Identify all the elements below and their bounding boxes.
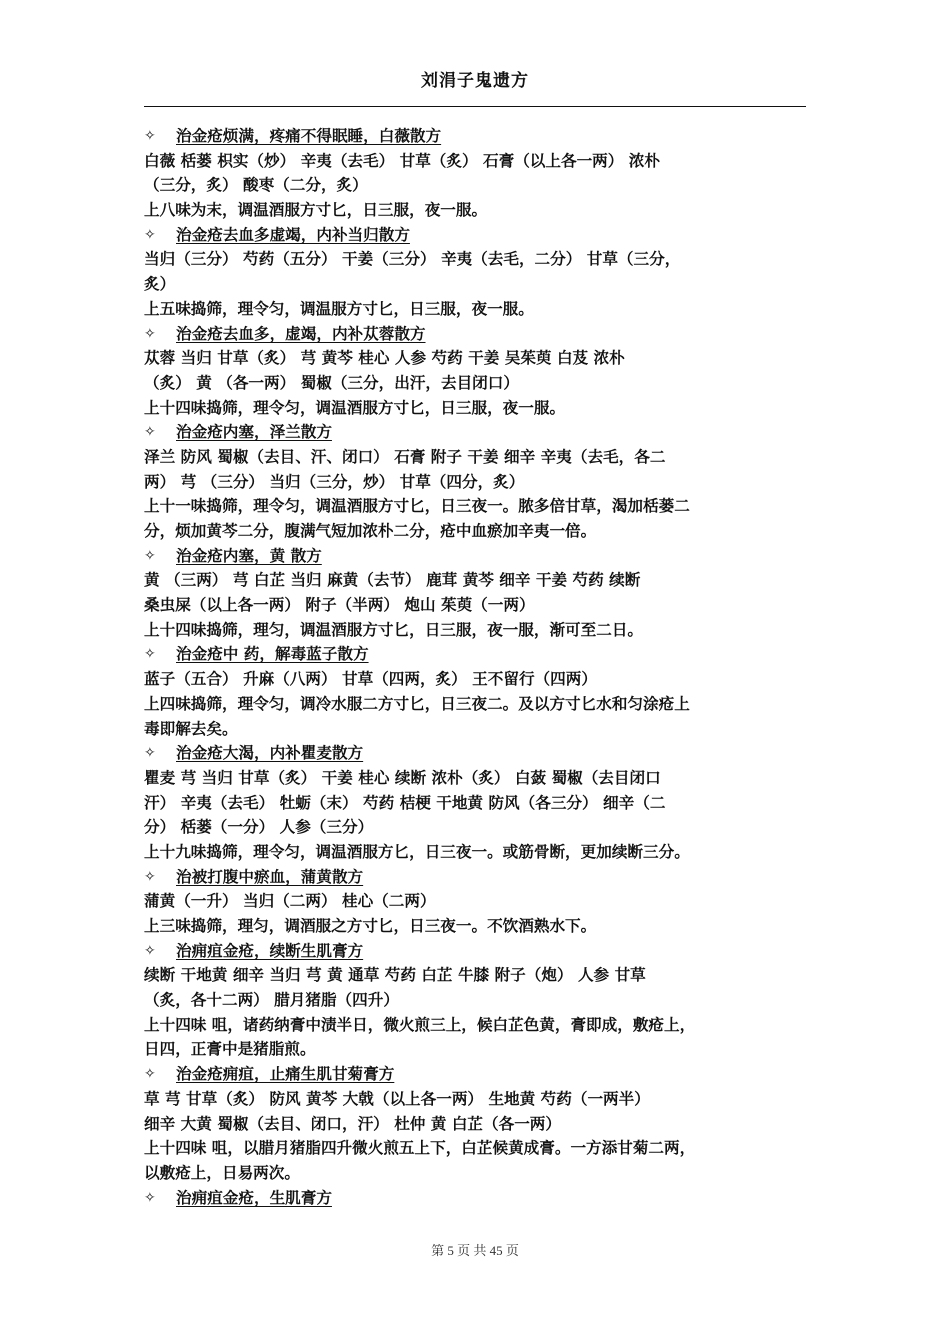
page-footer: 第 5 页 共 45 页 [0,1240,950,1259]
recipe-text-line: 分，烦加黄芩二分，腹满气短加浓朴二分，疮中血瘀加辛夷一倍。 [144,519,810,544]
recipe-section: ✧治金疮烦满，疼痛不得眠睡，白薇散方白薇 栝蒌 枳实（炒） 辛夷（去毛） 甘草（… [144,124,810,223]
recipe-section: ✧治金疮内塞，泽兰散方泽兰 防风 蜀椒（去目、汗、闭口） 石膏 附子 干姜 细辛… [144,420,810,543]
diamond-bullet-icon: ✧ [144,642,166,667]
recipe-text-line: 苁蓉 当归 甘草（炙） 芎 黄芩 桂心 人参 芍药 干姜 吴茱萸 白芨 浓朴 [144,346,810,371]
recipe-heading: ✧治金疮烦满，疼痛不得眠睡，白薇散方 [144,124,810,149]
recipe-text-line: 以敷疮上，日易两次。 [144,1161,810,1186]
recipe-text-line: 桑虫屎（以上各一两） 附子（半两） 炮山 茱萸（一两） [144,593,810,618]
recipe-heading-text: 治金疮大渴，内补瞿麦散方 [176,741,363,766]
recipe-section: ✧治痈疽金疮，生肌膏方 [144,1186,810,1211]
recipe-section: ✧治痈疽金疮，续断生肌膏方续断 干地黄 细辛 当归 芎 黄 通草 芍药 白芷 牛… [144,939,810,1062]
recipe-text-line: 续断 干地黄 细辛 当归 芎 黄 通草 芍药 白芷 牛膝 附子（炮） 人参 甘草 [144,963,810,988]
page-header-title: 刘涓子鬼遗方 [0,66,950,91]
recipe-text-line: 两） 芎 （三分） 当归（三分，炒） 甘草（四分，炙） [144,470,810,495]
recipe-section: ✧治被打腹中瘀血，蒲黄散方蒲黄（一升） 当归（二两） 桂心（二两）上三味捣筛，理… [144,865,810,939]
header-divider [144,106,806,107]
recipe-heading-text: 治金疮痈疽，止痛生肌甘菊膏方 [176,1062,394,1087]
recipe-text-line: 蓝子（五合） 升麻（八两） 甘草（四两，炙） 王不留行（四两） [144,667,810,692]
recipe-text-line: 上四味捣筛，理令匀，调冷水服二方寸匕，日三夜二。及以方寸匕水和匀涂疮上 [144,692,810,717]
diamond-bullet-icon: ✧ [144,1062,166,1087]
document-body: ✧治金疮烦满，疼痛不得眠睡，白薇散方白薇 栝蒌 枳实（炒） 辛夷（去毛） 甘草（… [144,124,810,1210]
recipe-text-line: 日四，正膏中是猪脂煎。 [144,1037,810,1062]
recipe-section: ✧治金疮去血多，虚竭，内补苁蓉散方苁蓉 当归 甘草（炙） 芎 黄芩 桂心 人参 … [144,322,810,421]
recipe-heading: ✧治金疮痈疽，止痛生肌甘菊膏方 [144,1062,810,1087]
recipe-text-line: 汗） 辛夷（去毛） 牡蛎（末） 芍药 桔梗 干地黄 防风（各三分） 细辛（二 [144,791,810,816]
recipe-heading: ✧治被打腹中瘀血，蒲黄散方 [144,865,810,890]
recipe-text-line: （三分，炙） 酸枣（二分，炙） [144,173,810,198]
recipe-heading: ✧治痈疽金疮，续断生肌膏方 [144,939,810,964]
recipe-text-line: 上三味捣筛，理匀，调酒服之方寸匕，日三夜一。不饮酒熟水下。 [144,914,810,939]
recipe-text-line: 当归（三分） 芍药（五分） 干姜（三分） 辛夷（去毛，二分） 甘草（三分， [144,247,810,272]
recipe-heading-text: 治被打腹中瘀血，蒲黄散方 [176,865,363,890]
recipe-heading: ✧治痈疽金疮，生肌膏方 [144,1186,810,1211]
diamond-bullet-icon: ✧ [144,223,166,248]
recipe-heading-text: 治金疮烦满，疼痛不得眠睡，白薇散方 [176,124,441,149]
diamond-bullet-icon: ✧ [144,420,166,445]
recipe-text-line: 上十四味捣筛，理令匀，调温酒服方寸匕，日三服，夜一服。 [144,396,810,421]
recipe-text-line: 毒即解去矣。 [144,717,810,742]
recipe-section: ✧治金疮痈疽，止痛生肌甘菊膏方草 芎 甘草（炙） 防风 黄芩 大戟（以上各一两）… [144,1062,810,1185]
recipe-heading: ✧治金疮中 药，解毒蓝子散方 [144,642,810,667]
recipe-text-line: 上十九味捣筛，理令匀，调温酒服方匕，日三夜一。或筋骨断，更加续断三分。 [144,840,810,865]
diamond-bullet-icon: ✧ [144,124,166,149]
recipe-text-line: 白薇 栝蒌 枳实（炒） 辛夷（去毛） 甘草（炙） 石膏（以上各一两） 浓朴 [144,149,810,174]
recipe-text-line: 上十四味捣筛，理匀，调温酒服方寸匕，日三服，夜一服，渐可至二日。 [144,618,810,643]
recipe-text-line: 瞿麦 芎 当归 甘草（炙） 干姜 桂心 续断 浓朴（炙） 白蔹 蜀椒（去目闭口 [144,766,810,791]
diamond-bullet-icon: ✧ [144,865,166,890]
recipe-heading: ✧治金疮去血多虚竭，内补当归散方 [144,223,810,248]
recipe-section: ✧治金疮去血多虚竭，内补当归散方当归（三分） 芍药（五分） 干姜（三分） 辛夷（… [144,223,810,322]
recipe-heading: ✧治金疮去血多，虚竭，内补苁蓉散方 [144,322,810,347]
recipe-text-line: 炙） [144,272,810,297]
recipe-heading-text: 治痈疽金疮，生肌膏方 [176,1186,332,1211]
recipe-text-line: 上十四味 咀，以腊月猪脂四升微火煎五上下，白芷候黄成膏。一方添甘菊二两， [144,1136,810,1161]
recipe-section: ✧治金疮内塞，黄 散方黄 （三两） 芎 白芷 当归 麻黄（去节） 鹿茸 黄芩 细… [144,544,810,643]
recipe-section: ✧治金疮中 药，解毒蓝子散方蓝子（五合） 升麻（八两） 甘草（四两，炙） 王不留… [144,642,810,741]
recipe-text-line: 上十四味 咀，诸药纳膏中渍半日，微火煎三上，候白芷色黄，膏即成，敷疮上， [144,1013,810,1038]
recipe-text-line: 上五味捣筛，理令匀，调温服方寸匕，日三服，夜一服。 [144,297,810,322]
diamond-bullet-icon: ✧ [144,1186,166,1211]
diamond-bullet-icon: ✧ [144,322,166,347]
recipe-heading-text: 治痈疽金疮，续断生肌膏方 [176,939,363,964]
recipe-text-line: 细辛 大黄 蜀椒（去目、闭口，汗） 杜仲 黄 白芷（各一两） [144,1112,810,1137]
recipe-text-line: 上八味为末，调温酒服方寸匕，日三服，夜一服。 [144,198,810,223]
diamond-bullet-icon: ✧ [144,741,166,766]
recipe-heading-text: 治金疮内塞，泽兰散方 [176,420,332,445]
recipe-text-line: 黄 （三两） 芎 白芷 当归 麻黄（去节） 鹿茸 黄芩 细辛 干姜 芍药 续断 [144,568,810,593]
recipe-heading: ✧治金疮内塞，黄 散方 [144,544,810,569]
recipe-text-line: 草 芎 甘草（炙） 防风 黄芩 大戟（以上各一两） 生地黄 芍药（一两半） [144,1087,810,1112]
recipe-heading: ✧治金疮内塞，泽兰散方 [144,420,810,445]
recipe-heading: ✧治金疮大渴，内补瞿麦散方 [144,741,810,766]
recipe-text-line: 分） 栝蒌（一分） 人参（三分） [144,815,810,840]
recipe-text-line: 泽兰 防风 蜀椒（去目、汗、闭口） 石膏 附子 干姜 细辛 辛夷（去毛，各二 [144,445,810,470]
recipe-heading-text: 治金疮内塞，黄 散方 [176,544,322,569]
diamond-bullet-icon: ✧ [144,939,166,964]
recipe-text-line: （炙，各十二两） 腊月猪脂（四升） [144,988,810,1013]
recipe-text-line: （炙） 黄 （各一两） 蜀椒（三分，出汗，去目闭口） [144,371,810,396]
diamond-bullet-icon: ✧ [144,544,166,569]
recipe-section: ✧治金疮大渴，内补瞿麦散方瞿麦 芎 当归 甘草（炙） 干姜 桂心 续断 浓朴（炙… [144,741,810,864]
recipe-text-line: 蒲黄（一升） 当归（二两） 桂心（二两） [144,889,810,914]
recipe-text-line: 上十一味捣筛，理令匀，调温酒服方寸匕，日三夜一。脓多倍甘草，渴加栝蒌二 [144,494,810,519]
recipe-heading-text: 治金疮去血多虚竭，内补当归散方 [176,223,410,248]
recipe-heading-text: 治金疮去血多，虚竭，内补苁蓉散方 [176,322,426,347]
recipe-heading-text: 治金疮中 药，解毒蓝子散方 [176,642,369,667]
